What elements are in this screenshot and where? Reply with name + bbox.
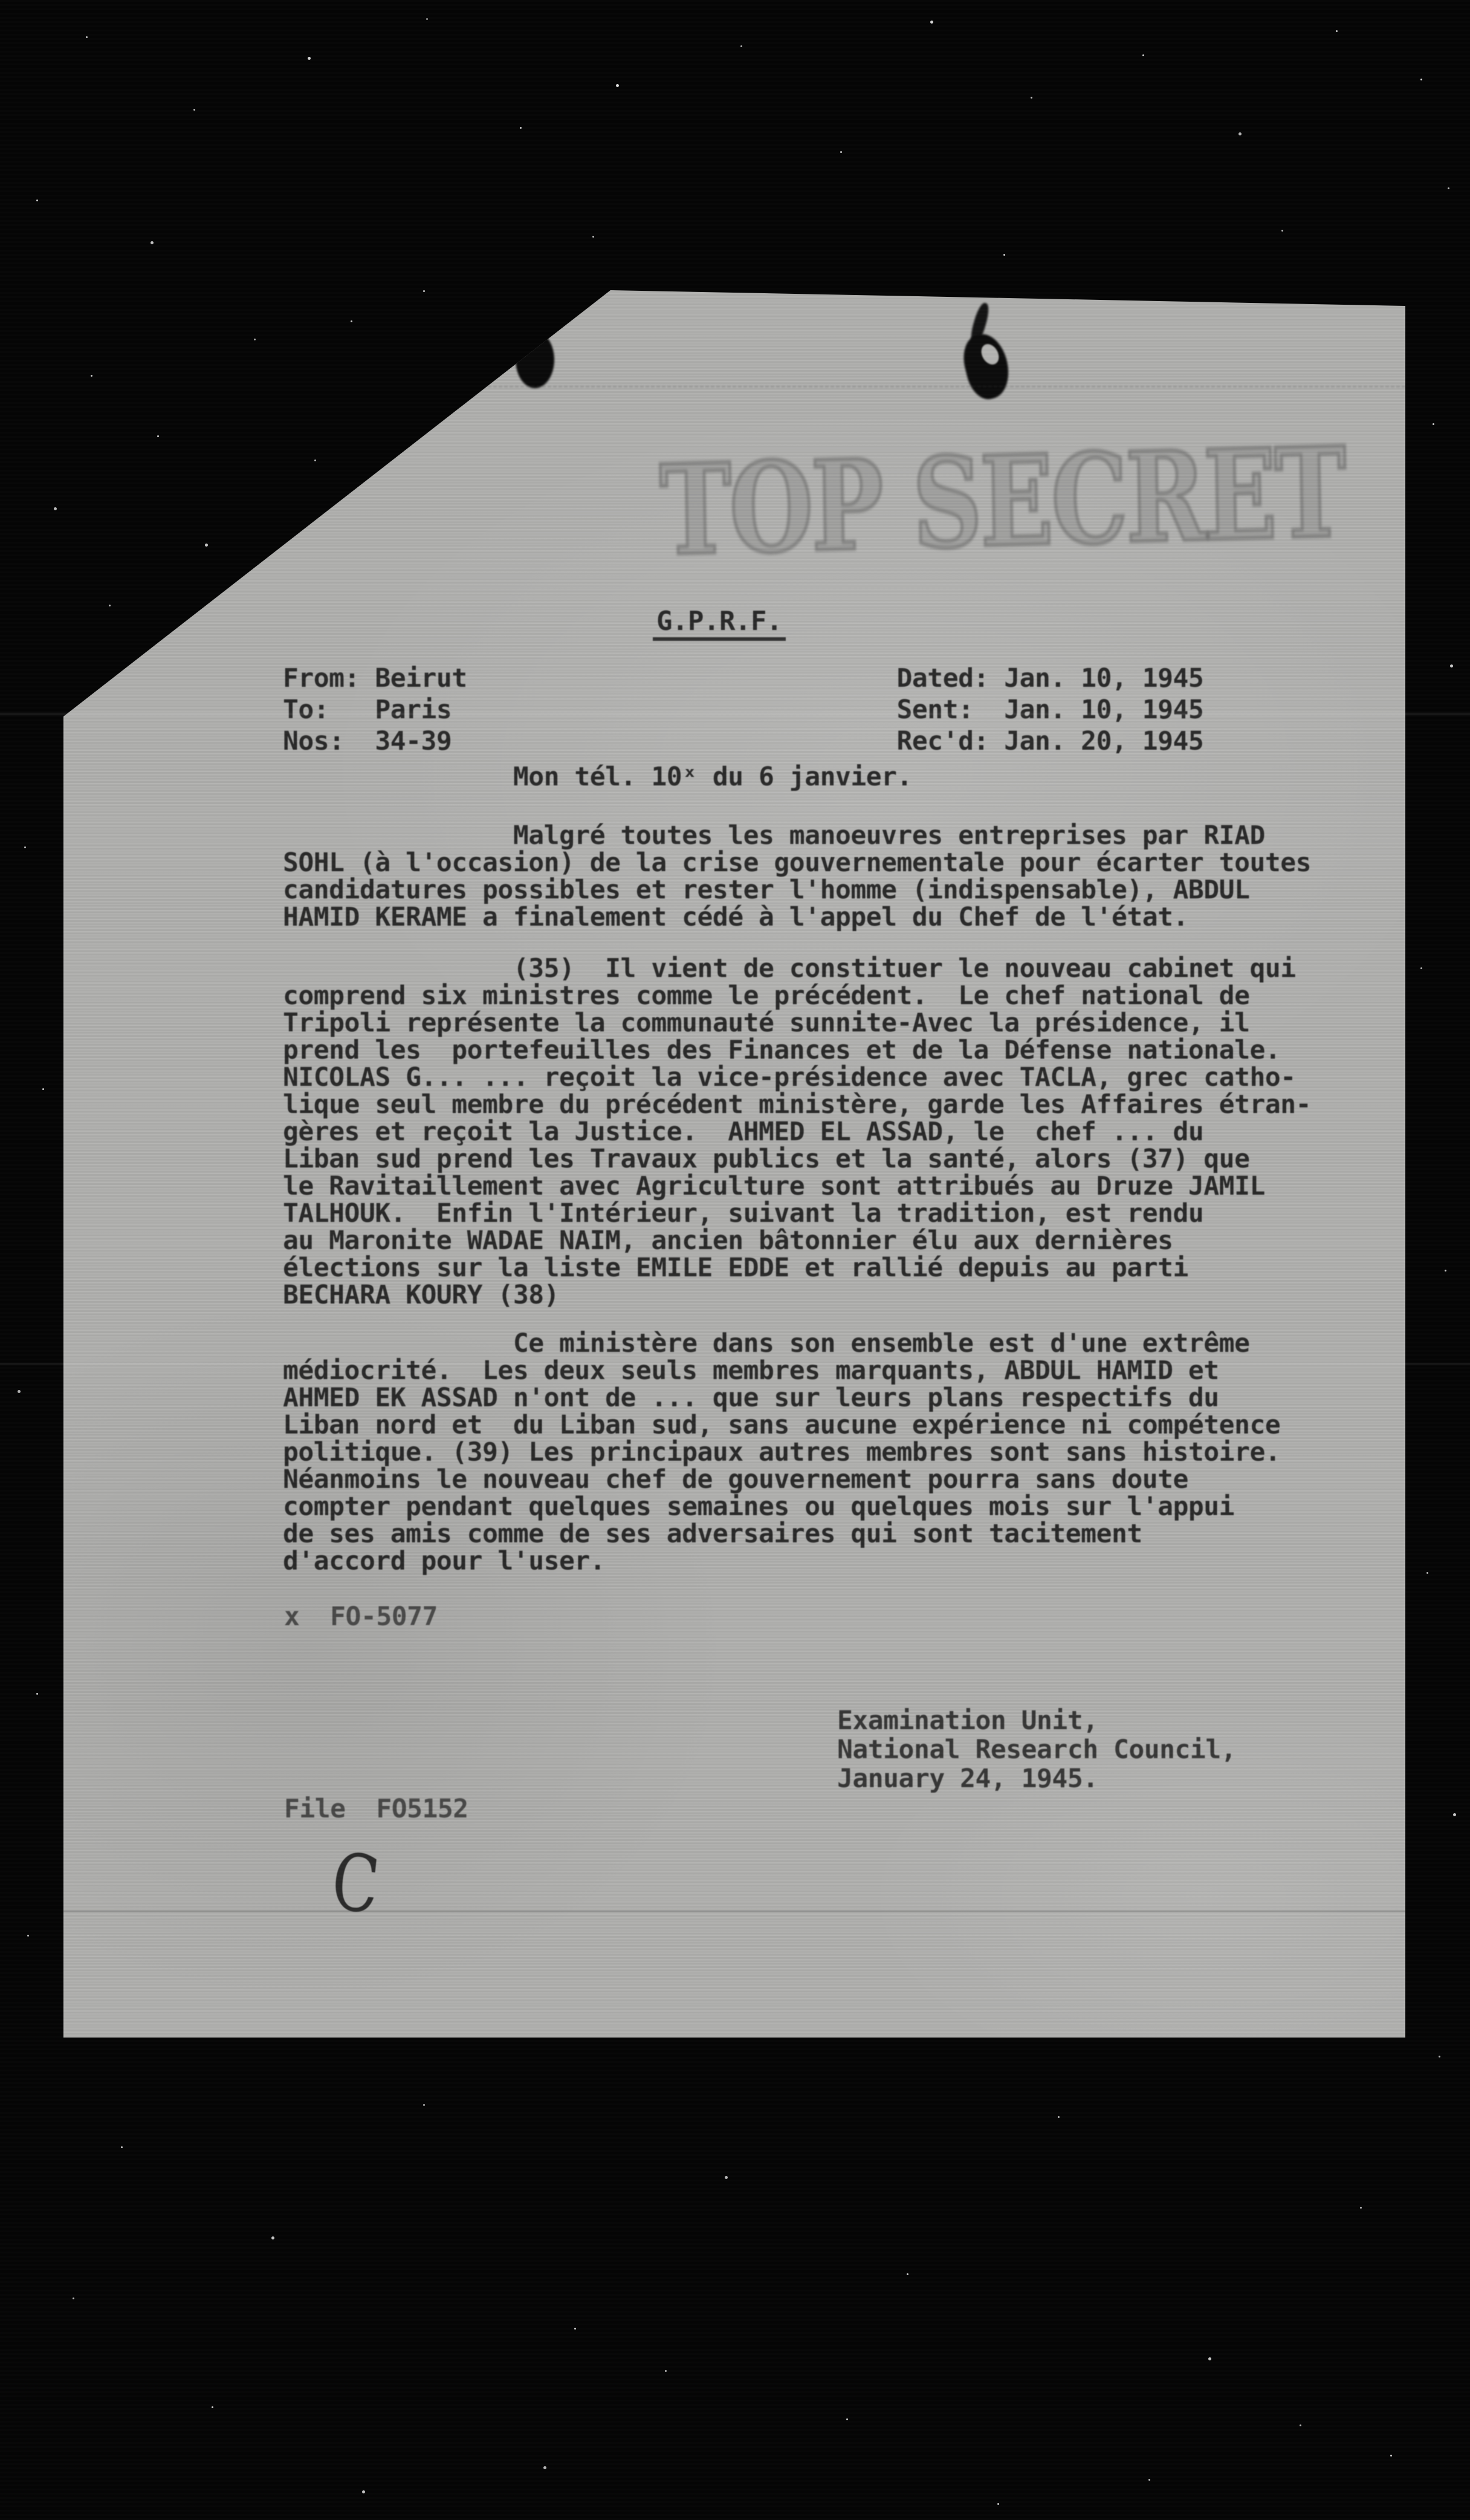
body-paragraph: Malgré toutes les manoeuvres entreprises…: [283, 822, 1311, 931]
top-secret-stamp: TOP SECRET: [659, 430, 1338, 573]
page-title: G.P.R.F.: [653, 608, 786, 641]
signature-block: Examination Unit, National Research Coun…: [837, 1706, 1236, 1793]
subject-line: Mon tél. 10ˣ du 6 janvier.: [283, 764, 912, 791]
film-dust-speckles: [121, 2146, 123, 2148]
punch-hole-left: [516, 331, 554, 388]
film-dust-speckles: [86, 36, 88, 38]
punch-hole-drip: [523, 288, 540, 342]
reference-number: x FO-5077: [284, 1603, 438, 1631]
scan-artifact-line: [63, 386, 1405, 388]
body-paragraph: Ce ministère dans son ensemble est d'une…: [283, 1330, 1280, 1575]
faint-pencil-line: [63, 1911, 1405, 1912]
handwritten-annotation: C: [328, 1836, 383, 1932]
document-paper: TOP SECRET G.P.R.F. From: Beirut Dated: …: [63, 278, 1405, 2038]
body-paragraph: (35) Il vient de constituer le nouveau c…: [283, 955, 1311, 1309]
file-number: File FO5152: [284, 1796, 468, 1823]
telegram-meta-block: From: Beirut Dated: Jan. 10, 1945 To: Pa…: [283, 663, 1203, 757]
punch-hole-right: [958, 330, 1015, 403]
microfilm-scan: TOP SECRET G.P.R.F. From: Beirut Dated: …: [0, 0, 1470, 2520]
